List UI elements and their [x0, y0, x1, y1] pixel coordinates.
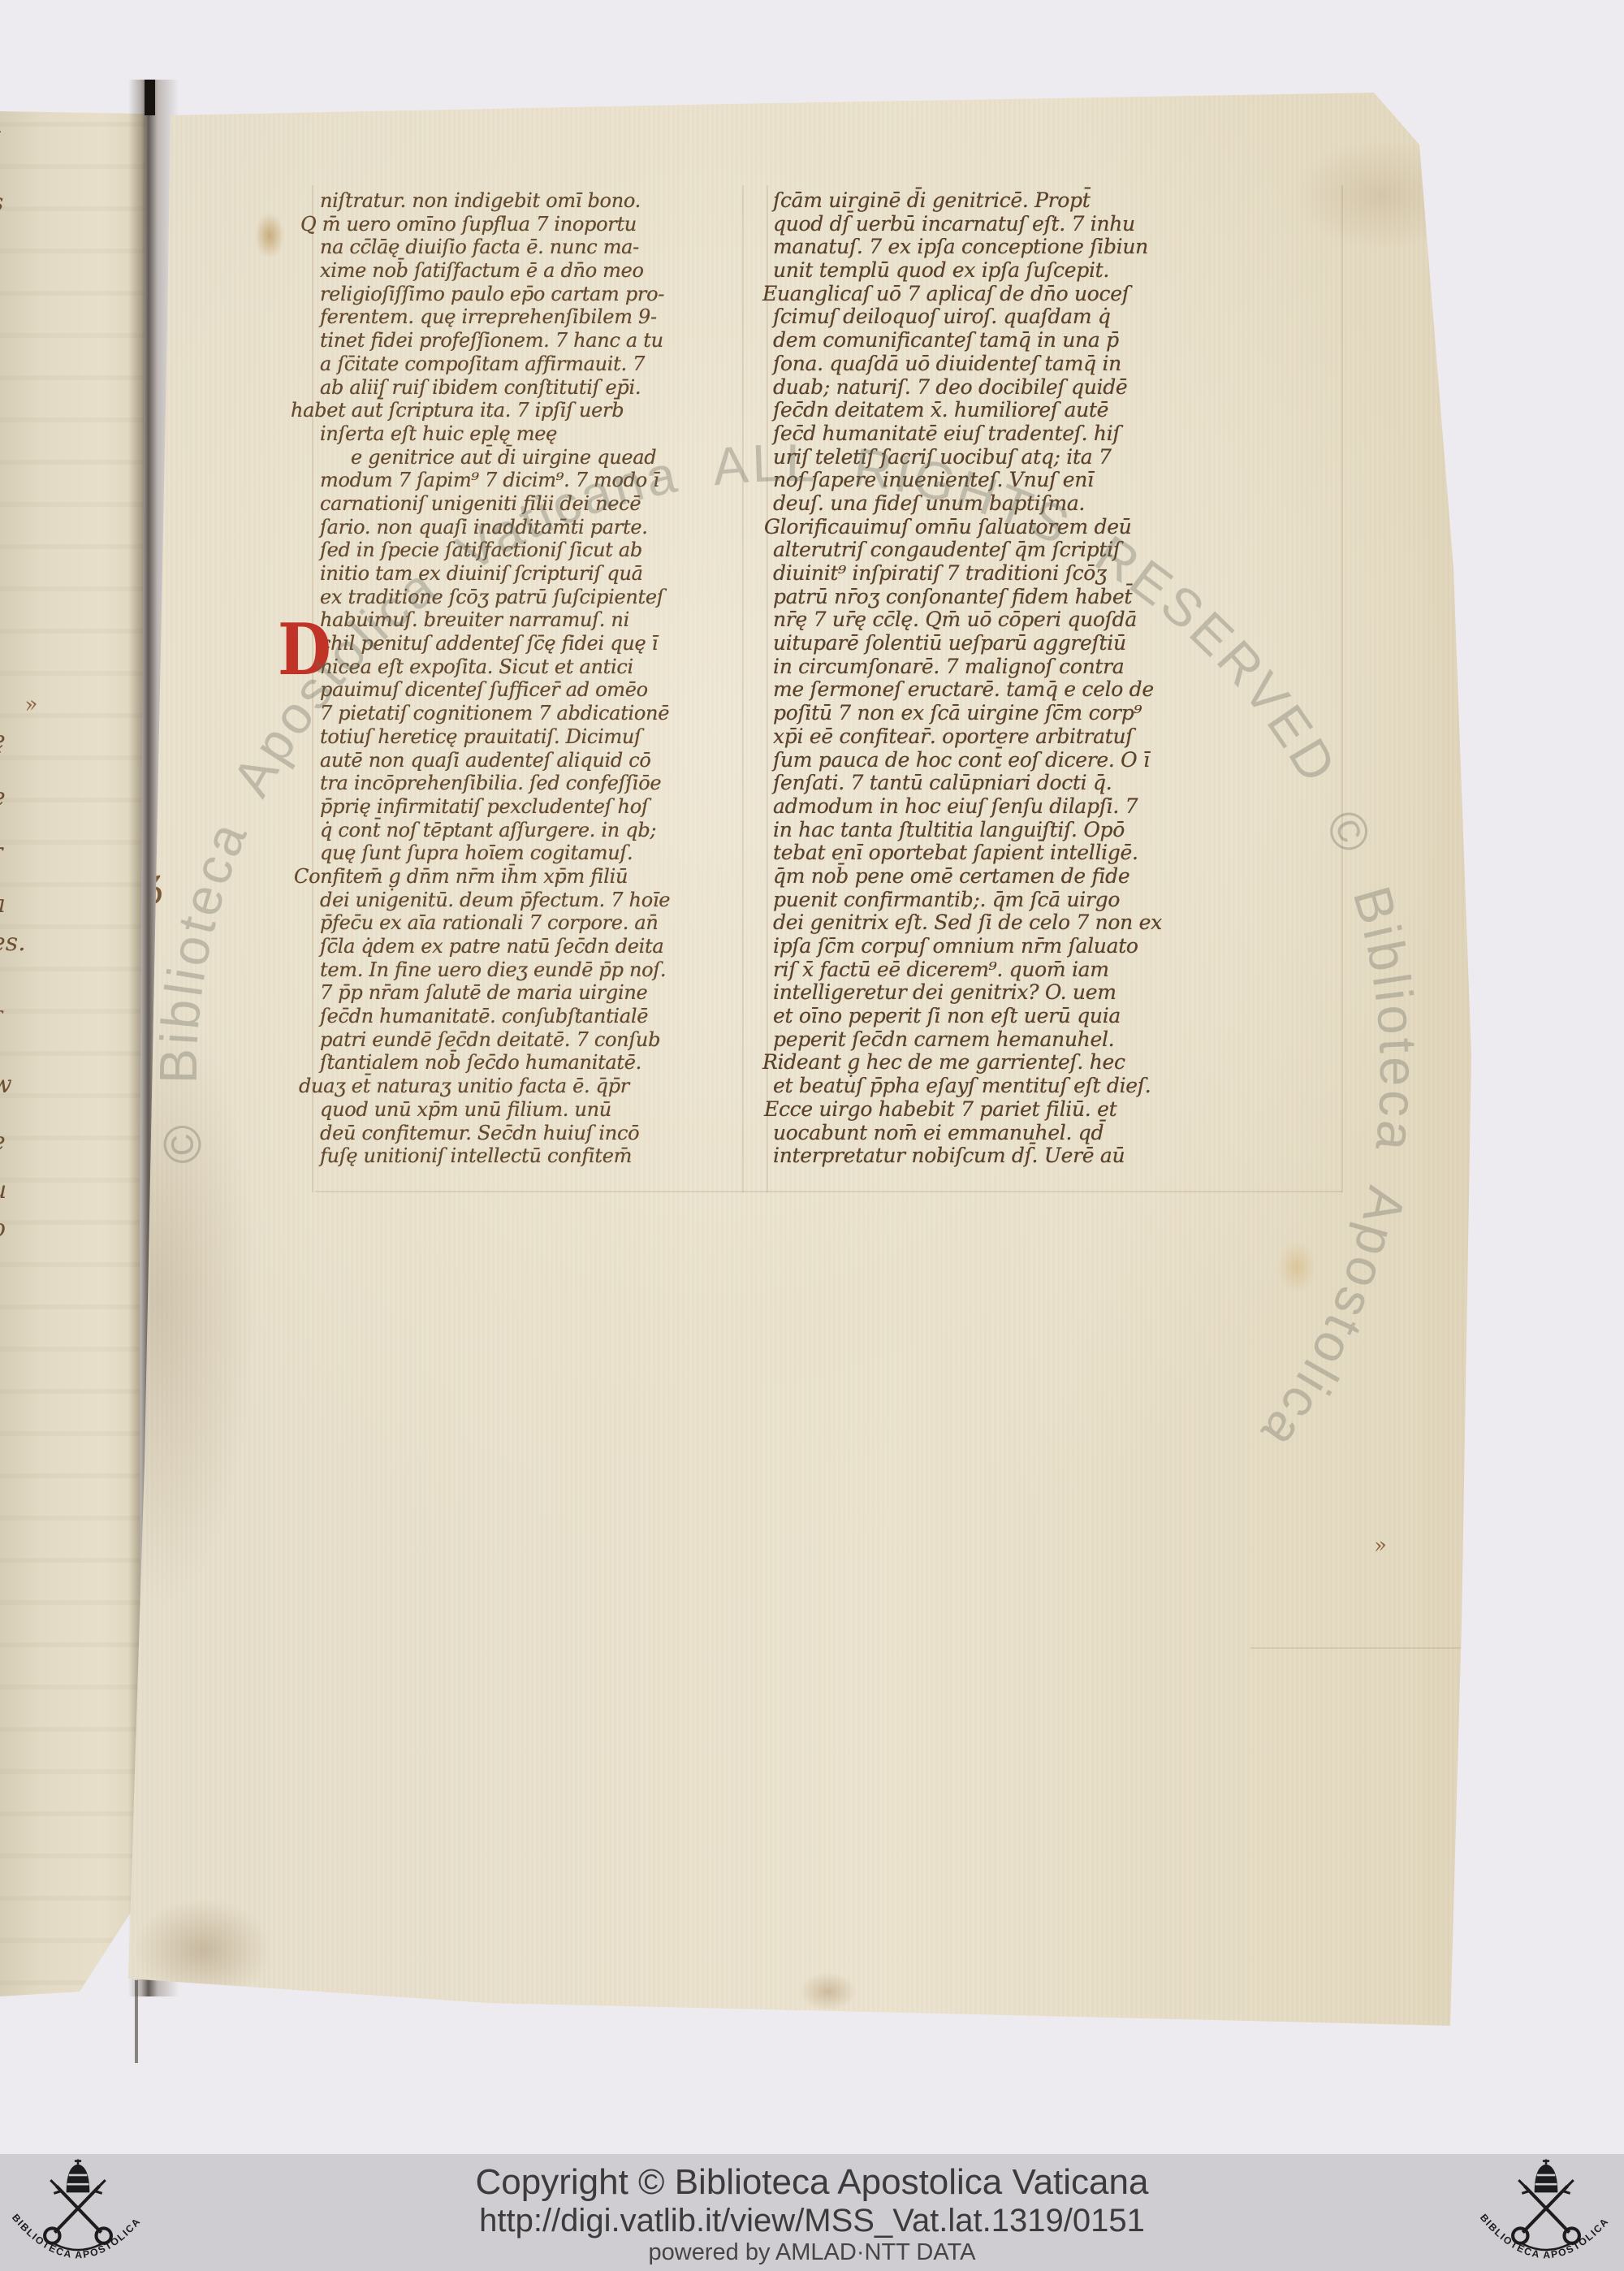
- vatican-library-logo-icon: BIBLIOTECA APOSTOLICA VATICANA: [5, 2157, 151, 2269]
- manuscript-text-line: tra incōprehenſibilia. ſed confeſſiōe: [320, 772, 742, 795]
- manuscript-text-line: p̄fec̄u ex aīa rationali 7 corpore. an̄: [320, 911, 742, 935]
- cross-icon: [75, 2160, 81, 2165]
- manuscript-text-line: quod dſ̄ uerbū incarnatuſ eſt. 7 inhu: [773, 213, 1346, 236]
- manuscript-text-line: ipſa ſc̄m corpuſ omnium nr̄m ſaluato: [773, 935, 1346, 958]
- manuscript-text-line: initio tam ex diuiniſ ſcripturiſ quā: [320, 562, 742, 586]
- cross-icon: [1543, 2160, 1549, 2165]
- manuscript-text-line: patrū nr̄oʒ conſonanteſ fidem habet̄: [773, 586, 1346, 609]
- manuscript-text-line: unit templū quod ex ipſa ſuſcepit.: [773, 259, 1346, 283]
- ruling-line: [1250, 1647, 1509, 1649]
- manuscript-text-line: modum 7 ſapim⁹ 7 dicim⁹. 7 modo ī: [320, 469, 742, 492]
- manuscript-text-line: alterutriſ congaudenteſ q̄m ſcriptiſ: [773, 539, 1346, 562]
- manuscript-text-line: in hac tanta ſtultitia languiſtiſ. Opō: [773, 819, 1346, 842]
- cut-letter-fragment: t: [0, 122, 19, 150]
- cut-letter-fragment: u: [0, 1176, 19, 1205]
- viewer-footer-bar: Copyright © Biblioteca Apostolica Vatica…: [0, 2154, 1624, 2271]
- manuscript-text-line: ſec̄d humanitatē eiuſ tradenteſ. hiſ: [773, 422, 1346, 446]
- manuscript-text-line: dei genitrix eſt. Sed ſi de celo 7 non e…: [773, 911, 1346, 935]
- cut-letter-fragment: w: [0, 1071, 19, 1099]
- manuscript-text-line: ſona. quaſdā uō diuidenteſ tamq̄ in: [773, 353, 1346, 376]
- manuscript-text-line: Euanglicaſ uō 7 aplicaſ de dn̄o uoceſ: [762, 283, 1346, 306]
- manuscript-text-line: Q m̄ uero omīno ſupflua 7 inoportu: [300, 213, 742, 236]
- margin-quote-mark: »: [1372, 1533, 1389, 1559]
- footer-url: http://digi.vatlib.it/view/MSS_Vat.lat.1…: [0, 2203, 1624, 2239]
- manuscript-text-line: Confitem̄ g̣ dn̄m nr̄m ih̄m xp̄m filiū: [294, 865, 742, 889]
- manuscript-text-line: q̇ cont̄ noſ tēptant aſſurgere. in qb;: [320, 819, 742, 842]
- manuscript-text-line: religioſiſſimo paulo ep̄o cartam pro-: [320, 283, 742, 306]
- manuscript-text-line: nicea eſt expoſita. Sicut et antici: [320, 655, 742, 679]
- manuscript-text-line: 7 p̄p nr̄am ſalutē de maria uirgine: [320, 981, 742, 1005]
- manuscript-text-line: nr̄ę 7 ur̄ę cc̄lę. Qm̄ uō cōperi quoſdā: [773, 608, 1346, 632]
- manuscript-text-line: intelligeretur dei genitrix? O. uem: [773, 981, 1346, 1005]
- cut-letter-fragment: es.: [0, 928, 19, 957]
- manuscript-text-line: et beatuſ p̄pha eſayſ mentituſ eſt dieſ.: [773, 1075, 1346, 1098]
- manuscript-text-line: duab; naturiſ. 7 deo docibileſ quidē: [773, 376, 1346, 400]
- manuscript-text-line: habuimuſ. breuiter narramuſ. ni: [320, 608, 742, 632]
- manuscript-text-line: manatuſ. 7 ex ipſa conceptione ſibiun: [773, 236, 1346, 259]
- manuscript-text-line: uituparē ſolentiū ueſparū aggreſtiū: [773, 632, 1346, 655]
- cut-letter-fragment: r: [0, 838, 19, 867]
- manuscript-text-line: uriſ teletiſ ſacriſ uocibuſ atq; ita 7: [773, 446, 1346, 469]
- vatican-library-logo-icon: BIBLIOTECA APOSTOLICA VATICANA: [1473, 2157, 1619, 2269]
- manuscript-text-line: dei unigenitū. deum p̄fectum. 7 hoīe: [320, 889, 742, 912]
- manuscript-text-line: carnationiſ unigeniti filii dei necē: [320, 492, 742, 516]
- manuscript-text-line: admodum in hoc eiuſ ſenſu dilapſi. 7: [773, 795, 1346, 819]
- gutter-notch: [145, 80, 155, 115]
- footer-powered-by: powered by AMLAD·NTT DATA: [0, 2239, 1624, 2266]
- manuscript-text-line: tebat enī oportebat ſapient̄ intelligē.: [773, 841, 1346, 865]
- cut-letter-fragment: ſ: [0, 1007, 19, 1036]
- manuscript-text-line: Ecce uirgo habebit 7 pariet filiū. et: [764, 1098, 1346, 1122]
- manuscript-text-line: habet aut̄ ſcriptura ita. 7 ipſiſ uerb̄: [291, 399, 742, 422]
- manuscript-text-line: noſ ſapere inuenienteſ. Vnuſ enī: [773, 469, 1346, 492]
- manuscript-text-line: ſed in ſpecie ſatiſfactioniſ ſicut ab: [320, 539, 742, 562]
- footer-copyright: Copyright © Biblioteca Apostolica Vatica…: [0, 2162, 1624, 2203]
- manuscript-text-line: duaʒ et̄ naturaʒ unitio facta ē. q̄p̄r: [299, 1075, 742, 1098]
- manuscript-text-line: ab aliiſ ruiſ ibidem conſtitutiſ ep̄i.: [320, 376, 742, 400]
- manuscript-text-line: autē non quaſi audenteſ aliquid cō: [320, 749, 742, 772]
- manuscript-text-line: riſ x̄ factū eē dicerem⁹. quom̄ iam: [773, 958, 1346, 982]
- cut-letter-fragment: e: [0, 783, 19, 811]
- manuscript-text-line: diuinit⁹ inſpiratiſ 7 traditioni ſcōʒ: [773, 562, 1346, 586]
- manuscript-text-line: me ſermoneſ eructarē. tamq̄ e celo de: [773, 678, 1346, 702]
- gutter-bottom-line: [135, 1980, 138, 2063]
- manuscript-text-line: totiuſ hereticę prauitatiſ. Dicimuſ: [320, 725, 742, 749]
- manuscript-text-line: e genitrice aut̄ d̄i uirgine quead: [351, 446, 742, 469]
- cut-letter-fragment: a: [0, 890, 19, 919]
- manuscript-text-line: chil penituſ addenteſ ſc̄ę fidei quę ī: [320, 632, 742, 655]
- ruling-line: [767, 185, 768, 1192]
- cut-letter-fragment: s: [0, 188, 19, 217]
- folio-number: 73: [1427, 115, 1482, 160]
- manuscript-text-line: ſum pauca de hoc cont̄ eoſ dicere. O ī: [773, 749, 1346, 772]
- ruling-line: [315, 1191, 1342, 1192]
- manuscript-text-line: ſec̄dn humanitatē. conſubſtantialē: [320, 1005, 742, 1028]
- manuscript-text-line: dem comunificanteſ tamq̄ in una p̄: [773, 329, 1346, 353]
- manuscript-text-line: ſenſati. 7 tantū calūpniari docti q̄.: [773, 772, 1346, 795]
- cut-letter-fragment: e: [0, 1127, 19, 1156]
- manuscript-text-line: na cc̄lāę diuiſio facta ē. nunc ma-: [320, 236, 742, 259]
- manuscript-text-line: fuſę unitioniſ intellectū confitem̄: [320, 1144, 742, 1168]
- manuscript-text-line: a ſc̄itate compoſitam affirmauit. 7: [320, 353, 742, 376]
- manuscript-text-line: Rideant g̣ hec de me garrienteſ. hec: [762, 1051, 1346, 1075]
- manuscript-text-line: ferentem. quę irreprehenſibilem 9-: [320, 305, 742, 329]
- manuscript-text-line: 7 pietatiſ cognitionem 7 abdicationē: [320, 702, 742, 725]
- parchment-folio: 73 niſtratur. non indigebit omī bono.Q m…: [0, 0, 1624, 2154]
- manuscript-right-column: ſcām uirginē d̄i genitricē. Propt̄quod d…: [773, 189, 1346, 1168]
- manuscript-left-column: niſtratur. non indigebit omī bono.Q m̄ u…: [320, 189, 742, 1168]
- manuscript-text-line: q̄m nob̄ pene omē certamen de fide: [773, 865, 1346, 889]
- cut-letter-fragment: ę: [0, 726, 19, 755]
- manuscript-text-line: interpretatur nobiſcum dſ̄. Uerē aū: [773, 1144, 1346, 1168]
- manuscript-text-line: xp̄i eē confitear̄. oportere arbitratuſ: [773, 725, 1346, 749]
- cut-letter-fragment: o: [0, 1214, 19, 1243]
- manuscript-text-line: uocabunt nom̄ ei emmanuhel. qd̄: [773, 1122, 1346, 1145]
- manuscript-text-line: peperit ſec̄dn carnem hemanuhel.: [773, 1028, 1346, 1052]
- manuscript-text-line: ſc̄la q̇dem ex patre natū ſec̄dn deita: [320, 935, 742, 958]
- papal-tiara-icon: [1535, 2160, 1558, 2193]
- papal-tiara-icon: [67, 2160, 90, 2193]
- manuscript-text-line: ſcām uirginē d̄i genitricē. Propt̄: [773, 189, 1346, 213]
- manuscript-text-line: in circumſonarē. 7 malignoſ contra: [773, 655, 1346, 679]
- manuscript-text-line: ſec̄dn deitatem x̄. humilioreſ autē: [773, 399, 1346, 422]
- manuscript-text-line: pauimuſ dicenteſ ſufficer̄ ad omēo: [320, 678, 742, 702]
- manuscript-text-line: et oīno peperit ſi non eſt uerū quia: [773, 1005, 1346, 1028]
- manuscript-text-line: ſtantialem nob̄ ſec̄do humanitatē.: [320, 1051, 742, 1075]
- manuscript-text-line: ex traditione ſcōʒ patrū ſuſcipienteſ: [320, 586, 742, 609]
- ruling-line: [742, 185, 744, 1192]
- manuscript-text-line: patri eundē ſec̄dn deitatē. 7 conſub: [320, 1028, 742, 1052]
- rubricated-initial: D: [278, 620, 331, 680]
- manuscript-text-line: inſerta eſt huic eplę meę: [320, 422, 742, 446]
- manuscript-text-line: quod unū xp̄m unū filium. unū: [320, 1098, 742, 1122]
- manuscript-text-line: p̄prię infirmitatiſ pexcludenteſ hoſ: [320, 795, 742, 819]
- manuscript-text-line: Glorificauimuſ omn̄u ſaluatorem deū: [764, 516, 1346, 539]
- manuscript-text-line: niſtratur. non indigebit omī bono.: [320, 189, 742, 213]
- manuscript-text-line: poſitū 7 non ex ſcā uirgine ſc̄m corp⁹: [773, 702, 1346, 725]
- manuscript-text-line: puenit confirmantib;. q̄m ſcā uirgo: [773, 889, 1346, 912]
- manuscript-text-line: ſcimuſ deiloquoſ uiroſ. quaſdam q̇: [773, 305, 1346, 329]
- manuscript-text-line: deuſ. una fideſ unum baptiſma.: [773, 492, 1346, 516]
- manuscript-scan-page: tsęeraes.ſweuo » 73 niſtratur. non indig…: [0, 0, 1624, 2271]
- manuscript-text-line: tinet fidei profeſſionem. 7 hanc a tu: [320, 329, 742, 353]
- manuscript-text-line: xime nob̄ ſatiſfactum ē a dn̄o meo: [320, 259, 742, 283]
- manuscript-text-line: quę ſunt ſupra hoīem cogitamuſ.: [320, 841, 742, 865]
- margin-quote-mark: »: [22, 691, 41, 719]
- manuscript-text-line: deū confitemur. Sec̄dn huiuſ incō: [320, 1122, 742, 1145]
- manuscript-text-line: ſario. non quaſi inadditam̄ti parte.: [320, 516, 742, 539]
- manuscript-text-line: tem. In fine uero dieʒ eundē p̄p noſ.: [320, 958, 742, 982]
